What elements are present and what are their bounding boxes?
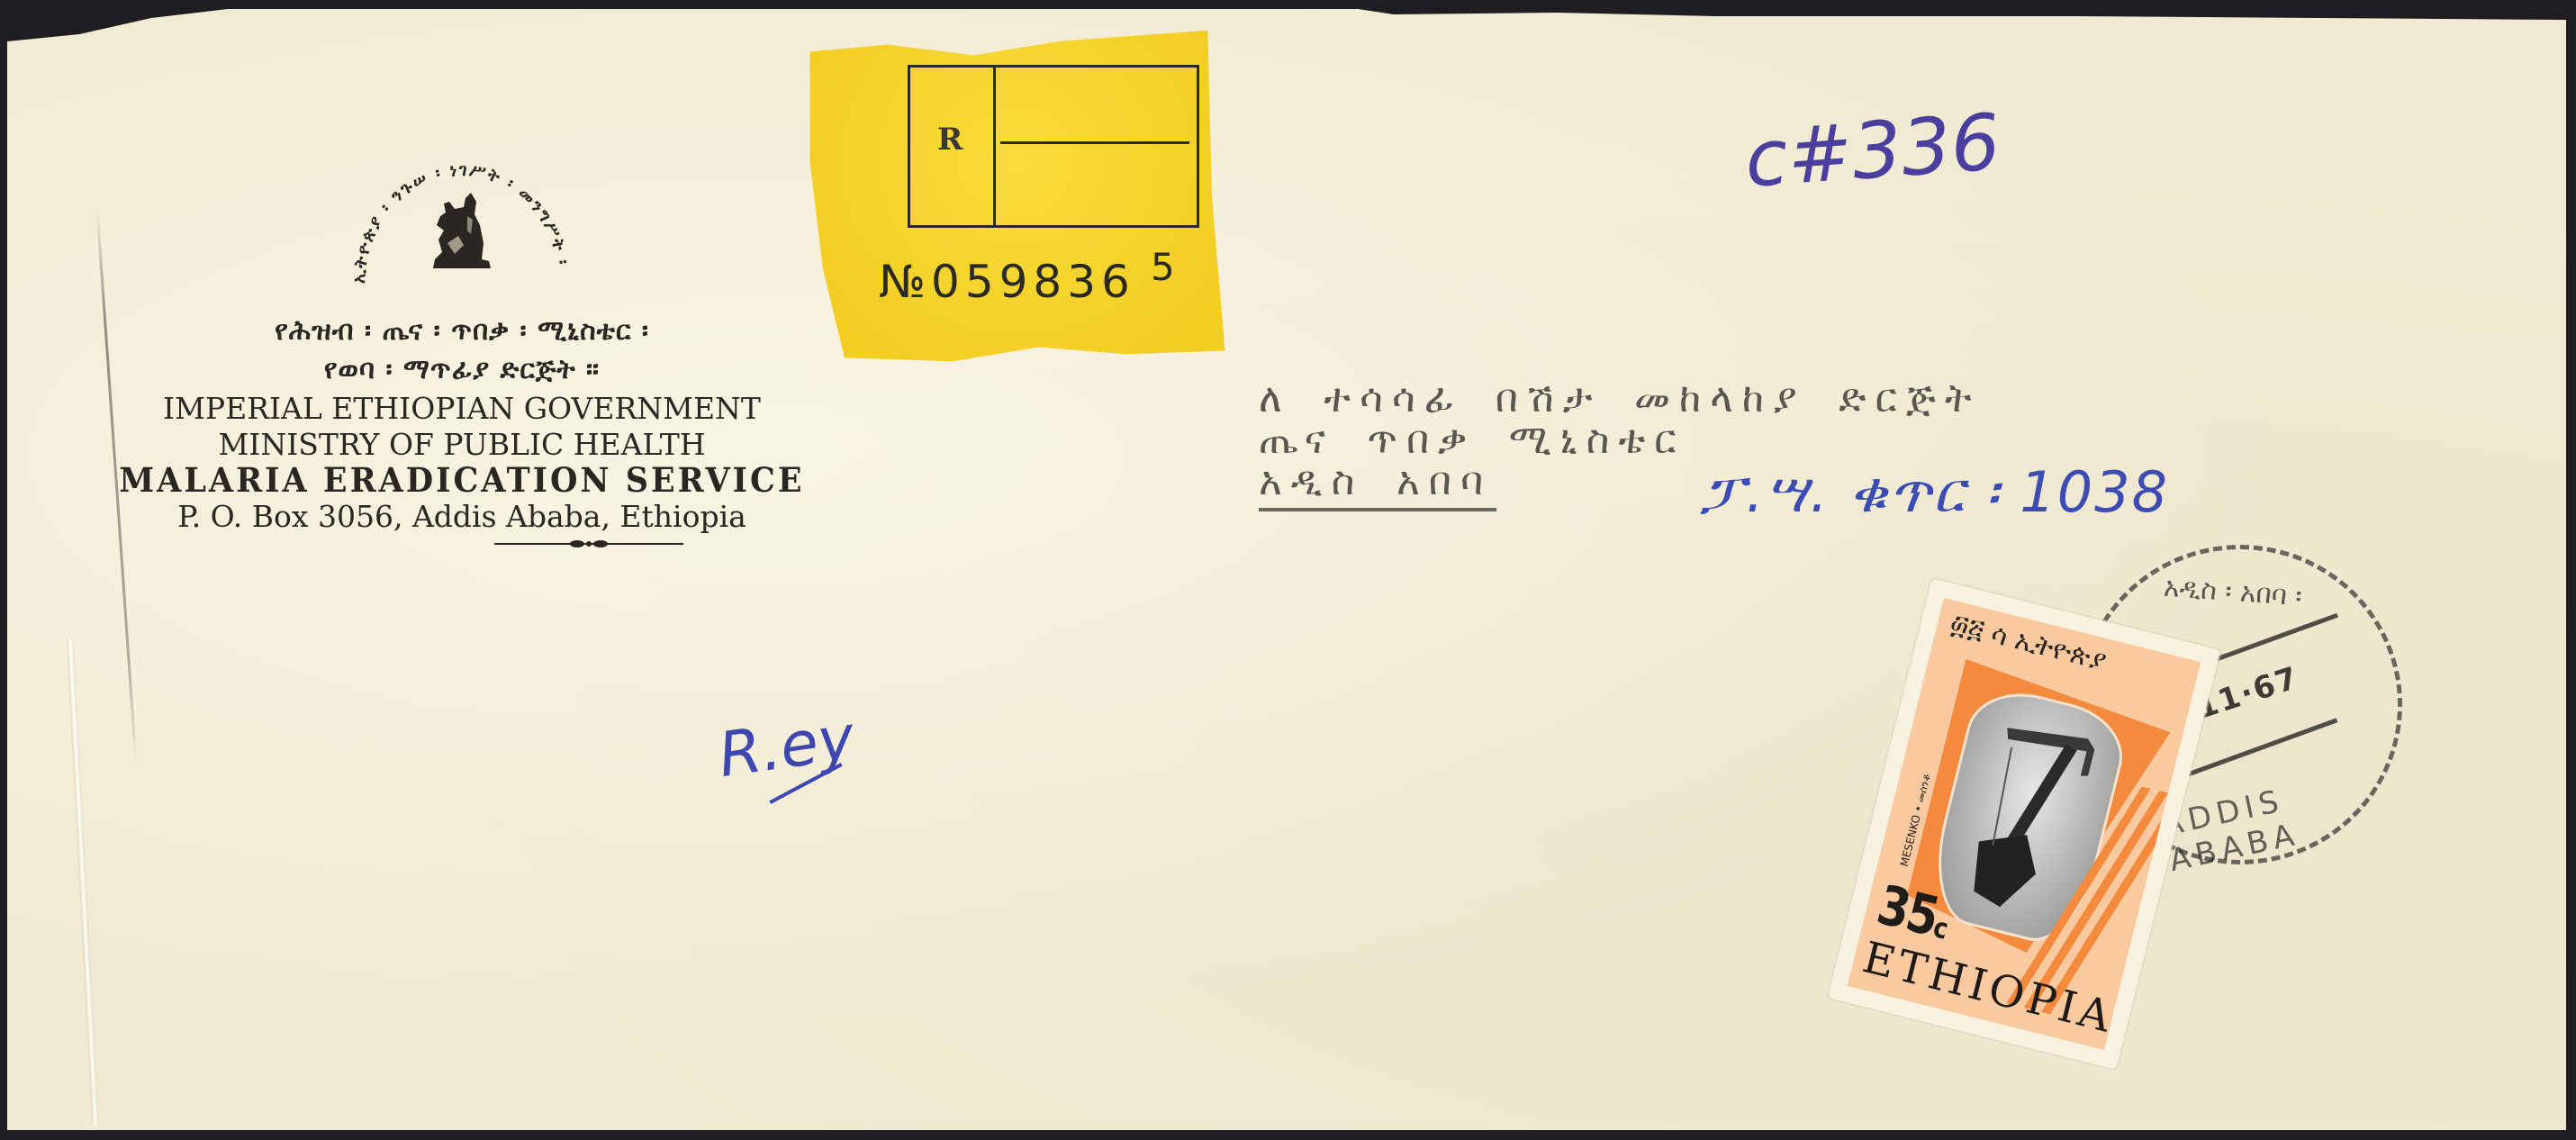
letterhead-ministry: MINISTRY OF PUBLIC HEALTH (115, 427, 809, 463)
letterhead-amharic-ministry: የሕዝብ ፡ ጤና ፡ ጥበቃ ፡ ሚኒስቴር ፡ (115, 315, 809, 347)
handwritten-registration-note: R.ey (714, 702, 858, 792)
registration-box-line (1000, 141, 1189, 144)
letterhead-government: IMPERIAL ETHIOPIAN GOVERNMENT (115, 391, 809, 427)
address-underline (1259, 508, 1496, 511)
registration-label: R №059836 5 (801, 20, 1234, 375)
registration-number: №059836 (879, 256, 1135, 308)
address-line-city: አዲስ አበባ (1259, 461, 1981, 502)
letterhead-service: MALARIA ERADICATION SERVICE (115, 461, 809, 500)
ornament-rule-icon (494, 539, 683, 548)
registration-suffix: 5 (1151, 245, 1175, 289)
address-line-ministry: ጤና ጥበቃ ሚኒስቴር (1259, 420, 1981, 461)
recipient-address: ለ ተሳሳፊ በሽታ መከላከያ ድርጅት ጤና ጥበቃ ሚኒስቴር አዲስ አ… (1259, 378, 1981, 511)
letterhead-amharic-service: የወባ ፡ ማጥፊያ ድርጅት ። (115, 354, 809, 385)
postage-stamp: ፴፭ ሳ ኢትዮጵያ MESENKO • መሰንቆ 35c ETHIOPIA (1828, 578, 2220, 1070)
address-line-organization: ለ ተሳሳፊ በሽታ መከላከያ ድርጅት (1259, 378, 1981, 420)
letterhead: ኢትዮጵያ ፡ ንጉሠ ፡ ነገሥት ፡ መንግሥት ፡ የሕዝብ ፡ ጤና ፡… (115, 135, 809, 552)
lion-of-judah-icon (428, 189, 496, 272)
stamp-face: ፴፭ ሳ ኢትዮጵያ MESENKO • መሰንቆ 35c ETHIOPIA (1848, 598, 2201, 1050)
registration-box-divider (993, 68, 996, 225)
postmark-top-text: አዲስ ፡ አበባ ፡ (2163, 572, 2303, 613)
handwritten-reference: c#336 (1742, 97, 2003, 205)
registration-letter: R (937, 122, 963, 158)
registration-box: R (908, 65, 1199, 228)
postmark-bottom-text: ADDIS ABABA (2159, 760, 2403, 879)
imperial-emblem: ኢትዮጵያ ፡ ንጉሠ ፡ ነገሥት ፡ መንግሥት ፡ (327, 135, 597, 288)
envelope: ኢትዮጵያ ፡ ንጉሠ ፡ ነገሥት ፡ መንግሥት ፡ የሕዝብ ፡ ጤና ፡… (7, 9, 2566, 1130)
paper-fold (67, 639, 99, 1126)
letterhead-address: P. O. Box 3056, Addis Ababa, Ethiopia (115, 499, 809, 535)
